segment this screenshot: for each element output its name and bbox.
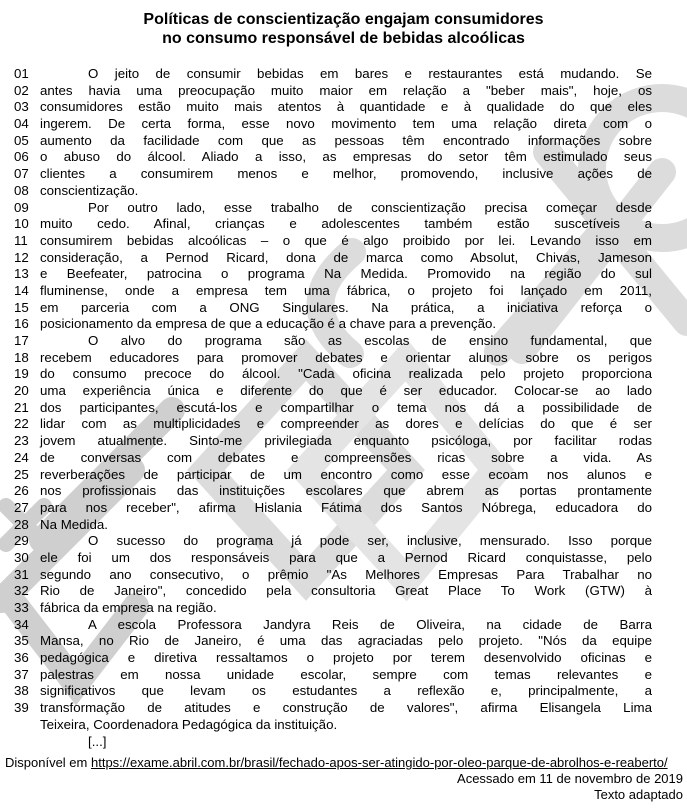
body-line: 06o abuso do álcool. Aliado a isso, as e…	[0, 149, 687, 166]
line-number: 29	[0, 533, 40, 550]
line-text: para nos receber", afirma Hislania Fátim…	[40, 500, 652, 517]
line-text: transformação de atitudes e construção d…	[40, 700, 652, 717]
body-line: Teixeira, Coordenadora Pedagógica da ins…	[0, 717, 687, 734]
line-text: Por outro lado, esse trabalho de conscie…	[40, 200, 652, 217]
line-number: 25	[0, 467, 40, 484]
line-number	[0, 717, 40, 734]
line-number: 13	[0, 266, 40, 283]
line-text: Mansa, no Rio de Janeiro, é uma das agra…	[40, 633, 652, 650]
line-text: jovem atualmente. Sinto-me privilegiada …	[40, 433, 652, 450]
line-number: 32	[0, 583, 40, 600]
title-line-1: Políticas de conscientização engajam con…	[0, 10, 687, 29]
line-number: 24	[0, 450, 40, 467]
line-text: lidar com as multiplicidades e compreend…	[40, 416, 652, 433]
line-text: Na Medida.	[40, 517, 652, 534]
line-text: do consumo precoce do álcool. "Cada ofic…	[40, 366, 652, 383]
line-text: clientes a consumirem menos e melhor, pr…	[40, 166, 652, 183]
line-text: [...]	[40, 734, 652, 751]
line-number: 05	[0, 133, 40, 150]
line-text: fluminense, onde a empresa tem uma fábri…	[40, 283, 652, 300]
line-text: muito cedo. Afinal, crianças e adolescen…	[40, 216, 652, 233]
body-line: 12consideração, a Pernod Ricard, dona de…	[0, 250, 687, 267]
body-line: 26nos profissionais das instituições esc…	[0, 483, 687, 500]
line-number: 23	[0, 433, 40, 450]
line-number: 04	[0, 116, 40, 133]
line-text: dos participantes, escutá-los e comparti…	[40, 400, 652, 417]
line-number: 39	[0, 700, 40, 717]
line-number: 16	[0, 316, 40, 333]
line-number: 10	[0, 216, 40, 233]
body-line: 18recebem educadores para promover debat…	[0, 350, 687, 367]
body-line: 15em parceria com a ONG Singulares. Na p…	[0, 300, 687, 317]
line-text: em parceria com a ONG Singulares. Na prá…	[40, 300, 652, 317]
body-line: 23jovem atualmente. Sinto-me privilegiad…	[0, 433, 687, 450]
body-line: 32Rio de Janeiro", concedido pela consul…	[0, 583, 687, 600]
line-text: ele foi um dos responsáveis para que a P…	[40, 550, 652, 567]
line-text: antes havia uma preocupação muito maior …	[40, 83, 652, 100]
body-line: 39transformação de atitudes e construção…	[0, 700, 687, 717]
body-line: 20uma experiência única e diferente do q…	[0, 383, 687, 400]
body-line: 04ingerem. De certa forma, esse novo mov…	[0, 116, 687, 133]
source-url[interactable]: https://exame.abril.com.br/brasil/fechad…	[91, 755, 668, 770]
body-line: 38significativos que levam os estudantes…	[0, 683, 687, 700]
line-text: conscientização.	[40, 183, 652, 200]
body-line: 33fábrica da empresa na região.	[0, 600, 687, 617]
line-number: 22	[0, 416, 40, 433]
body-line: 05aumento da facilidade com que as pesso…	[0, 133, 687, 150]
line-number: 37	[0, 667, 40, 684]
line-text: e Beefeater, patrocina o programa Na Med…	[40, 266, 652, 283]
line-number: 36	[0, 650, 40, 667]
line-number	[0, 734, 40, 751]
line-text: fábrica da empresa na região.	[40, 600, 652, 617]
paragraph-indent	[40, 544, 88, 545]
body-line: 07clientes a consumirem menos e melhor, …	[0, 166, 687, 183]
body-line: 09Por outro lado, esse trabalho de consc…	[0, 200, 687, 217]
body-line: 19do consumo precoce do álcool. "Cada of…	[0, 366, 687, 383]
line-text: reverberações de participar de um encont…	[40, 467, 652, 484]
body-line: 16posicionamento da empresa de que a edu…	[0, 316, 687, 333]
line-number: 19	[0, 366, 40, 383]
line-number: 26	[0, 483, 40, 500]
paragraph-indent	[40, 77, 88, 78]
body-line: 28Na Medida.	[0, 517, 687, 534]
line-number: 01	[0, 66, 40, 83]
line-text: o abuso do álcool. Aliado a isso, as emp…	[40, 149, 652, 166]
line-text: O sucesso do programa já pode ser, inclu…	[40, 533, 652, 550]
body-line: 25reverberações de participar de um enco…	[0, 467, 687, 484]
line-number: 07	[0, 166, 40, 183]
line-text: segundo ano consecutivo, o prêmio "As Me…	[40, 567, 652, 584]
line-number: 03	[0, 99, 40, 116]
source-prefix: Disponível em	[5, 755, 91, 770]
line-text: consideração, a Pernod Ricard, dona de m…	[40, 250, 652, 267]
footer: Disponível em https://exame.abril.com.br…	[5, 755, 683, 802]
body-line: 14fluminense, onde a empresa tem uma fáb…	[0, 283, 687, 300]
line-text: de conversas com debates e compreensões …	[40, 450, 652, 467]
line-text: consumidores estão muito mais atentos à …	[40, 99, 652, 116]
document-title: Políticas de conscientização engajam con…	[0, 10, 687, 48]
document-page: Políticas de conscientização engajam con…	[0, 0, 687, 809]
line-number: 02	[0, 83, 40, 100]
body-line: 35Mansa, no Rio de Janeiro, é uma das ag…	[0, 633, 687, 650]
line-number: 34	[0, 617, 40, 634]
line-number: 20	[0, 383, 40, 400]
line-number: 35	[0, 633, 40, 650]
body-line: 13e Beefeater, patrocina o programa Na M…	[0, 266, 687, 283]
body-line: 08conscientização.	[0, 183, 687, 200]
line-text: pedagógica e diretiva ressaltamos o proj…	[40, 650, 652, 667]
accessed-line: Acessado em 11 de novembro de 2019	[5, 771, 683, 787]
line-text: Teixeira, Coordenadora Pedagógica da ins…	[40, 717, 652, 734]
line-text: aumento da facilidade com que as pessoas…	[40, 133, 652, 150]
line-text: A escola Professora Jandyra Reis de Oliv…	[40, 617, 652, 634]
body-line: 24de conversas com debates e compreensõe…	[0, 450, 687, 467]
line-number: 28	[0, 517, 40, 534]
body-line: 31segundo ano consecutivo, o prêmio "As …	[0, 567, 687, 584]
line-number: 08	[0, 183, 40, 200]
body-line: 21dos participantes, escutá-los e compar…	[0, 400, 687, 417]
line-number: 15	[0, 300, 40, 317]
line-text: significativos que levam os estudantes a…	[40, 683, 652, 700]
line-number: 17	[0, 333, 40, 350]
line-text: posicionamento da empresa de que a educa…	[40, 316, 652, 333]
line-text: Rio de Janeiro", concedido pela consulto…	[40, 583, 652, 600]
paragraph-indent	[40, 745, 88, 746]
title-line-2: no consumo responsável de bebidas alcoól…	[0, 29, 687, 48]
line-number: 18	[0, 350, 40, 367]
paragraph-indent	[40, 344, 88, 345]
line-number: 11	[0, 233, 40, 250]
body-line: 37palestras em nossa unidade escolar, se…	[0, 667, 687, 684]
line-text: O jeito de consumir bebidas em bares e r…	[40, 66, 652, 83]
line-number: 38	[0, 683, 40, 700]
line-number: 30	[0, 550, 40, 567]
line-number: 14	[0, 283, 40, 300]
adapted-line: Texto adaptado	[5, 787, 683, 803]
line-number: 21	[0, 400, 40, 417]
body-line: 02antes havia uma preocupação muito maio…	[0, 83, 687, 100]
line-text: recebem educadores para promover debates…	[40, 350, 652, 367]
line-text: ingerem. De certa forma, esse novo movim…	[40, 116, 652, 133]
body-line: 27para nos receber", afirma Hislania Fát…	[0, 500, 687, 517]
body-line: [...]	[0, 734, 687, 751]
line-text: O alvo do programa são as escolas de ens…	[40, 333, 652, 350]
line-number: 09	[0, 200, 40, 217]
body-line: 03consumidores estão muito mais atentos …	[0, 99, 687, 116]
body-line: 34A escola Professora Jandyra Reis de Ol…	[0, 617, 687, 634]
line-text: palestras em nossa unidade escolar, semp…	[40, 667, 652, 684]
line-text: uma experiência única e diferente do que…	[40, 383, 652, 400]
line-number: 33	[0, 600, 40, 617]
line-text: consumirem bebidas alcoólicas – o que é …	[40, 233, 652, 250]
paragraph-indent	[40, 211, 88, 212]
body-line: 01O jeito de consumir bebidas em bares e…	[0, 66, 687, 83]
line-number: 27	[0, 500, 40, 517]
source-line: Disponível em https://exame.abril.com.br…	[5, 755, 683, 771]
body-lines: 01O jeito de consumir bebidas em bares e…	[0, 66, 687, 750]
body-line: 10muito cedo. Afinal, crianças e adolesc…	[0, 216, 687, 233]
body-line: 30ele foi um dos responsáveis para que a…	[0, 550, 687, 567]
body-line: 22lidar com as multiplicidades e compree…	[0, 416, 687, 433]
body-line: 36pedagógica e diretiva ressaltamos o pr…	[0, 650, 687, 667]
paragraph-indent	[40, 628, 88, 629]
line-number: 06	[0, 149, 40, 166]
body-line: 11consumirem bebidas alcoólicas – o que …	[0, 233, 687, 250]
line-number: 12	[0, 250, 40, 267]
body-line: 17O alvo do programa são as escolas de e…	[0, 333, 687, 350]
body-line: 29O sucesso do programa já pode ser, inc…	[0, 533, 687, 550]
line-number: 31	[0, 567, 40, 584]
line-text: nos profissionais das instituições escol…	[40, 483, 652, 500]
